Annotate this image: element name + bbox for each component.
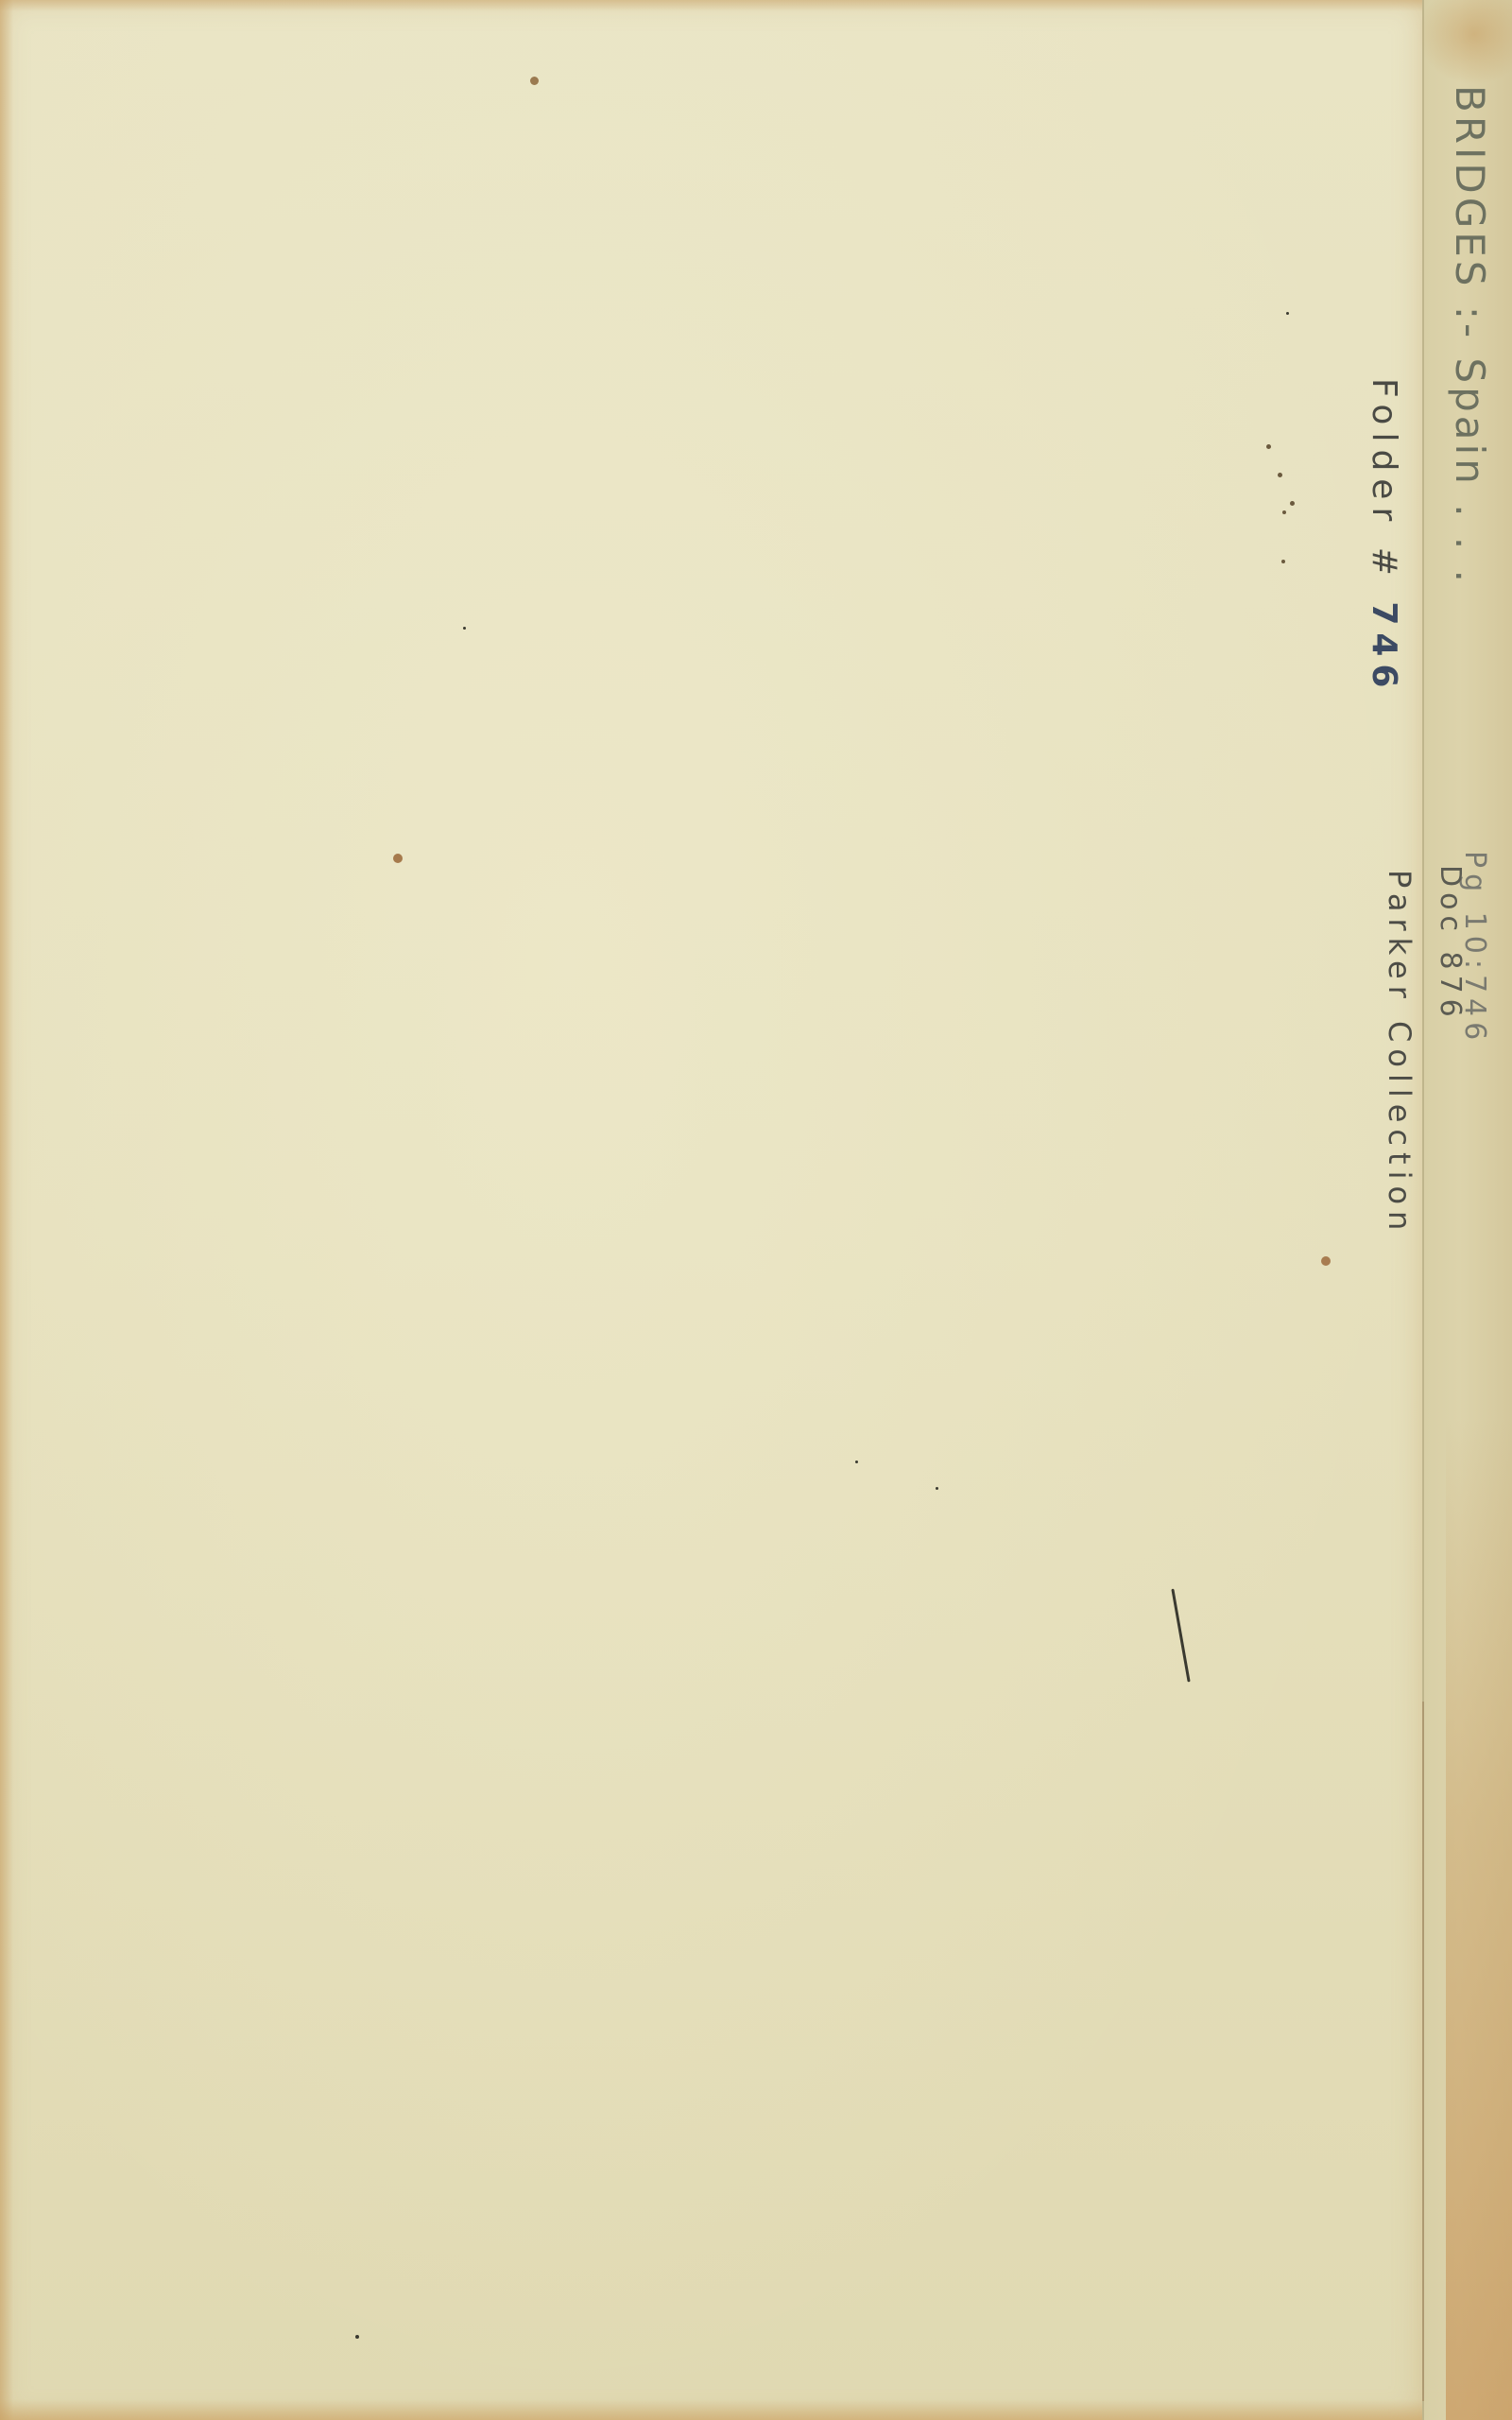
fold-line — [1422, 1702, 1424, 2401]
paper-page — [0, 0, 1422, 2420]
foxing-speck — [1282, 510, 1286, 514]
foxing-speck — [1278, 473, 1282, 477]
foxing-speck — [530, 77, 539, 85]
foxing-speck — [1266, 444, 1271, 449]
folder-number-note: Folder # 746 — [1365, 378, 1403, 695]
foxing-speck — [463, 627, 466, 630]
foxing-speck — [1321, 1256, 1331, 1266]
foxing-speck — [1281, 560, 1285, 563]
foxing-speck — [393, 854, 403, 863]
spine-top-stain — [1417, 0, 1512, 85]
folder-label: Folder # — [1365, 378, 1403, 583]
foxing-speck — [1290, 501, 1295, 506]
collection-note: Parker Collection — [1382, 870, 1417, 1236]
foxing-speck — [855, 1461, 858, 1463]
reference-line-2: Doc 876 — [1434, 865, 1467, 1023]
foxing-speck — [355, 2335, 359, 2339]
foxing-speck — [1286, 312, 1289, 315]
subject-text: BRIDGES :- Spain — [1447, 85, 1493, 488]
left-edge-stain — [0, 0, 13, 2420]
subject-label: BRIDGES :- Spain . . . — [1447, 85, 1493, 586]
folder-number: 746 — [1365, 601, 1403, 695]
subject-trailing-marks: . . . — [1447, 504, 1493, 586]
foxing-speck — [936, 1487, 938, 1490]
spine-bottom-stain — [1446, 1418, 1512, 2420]
